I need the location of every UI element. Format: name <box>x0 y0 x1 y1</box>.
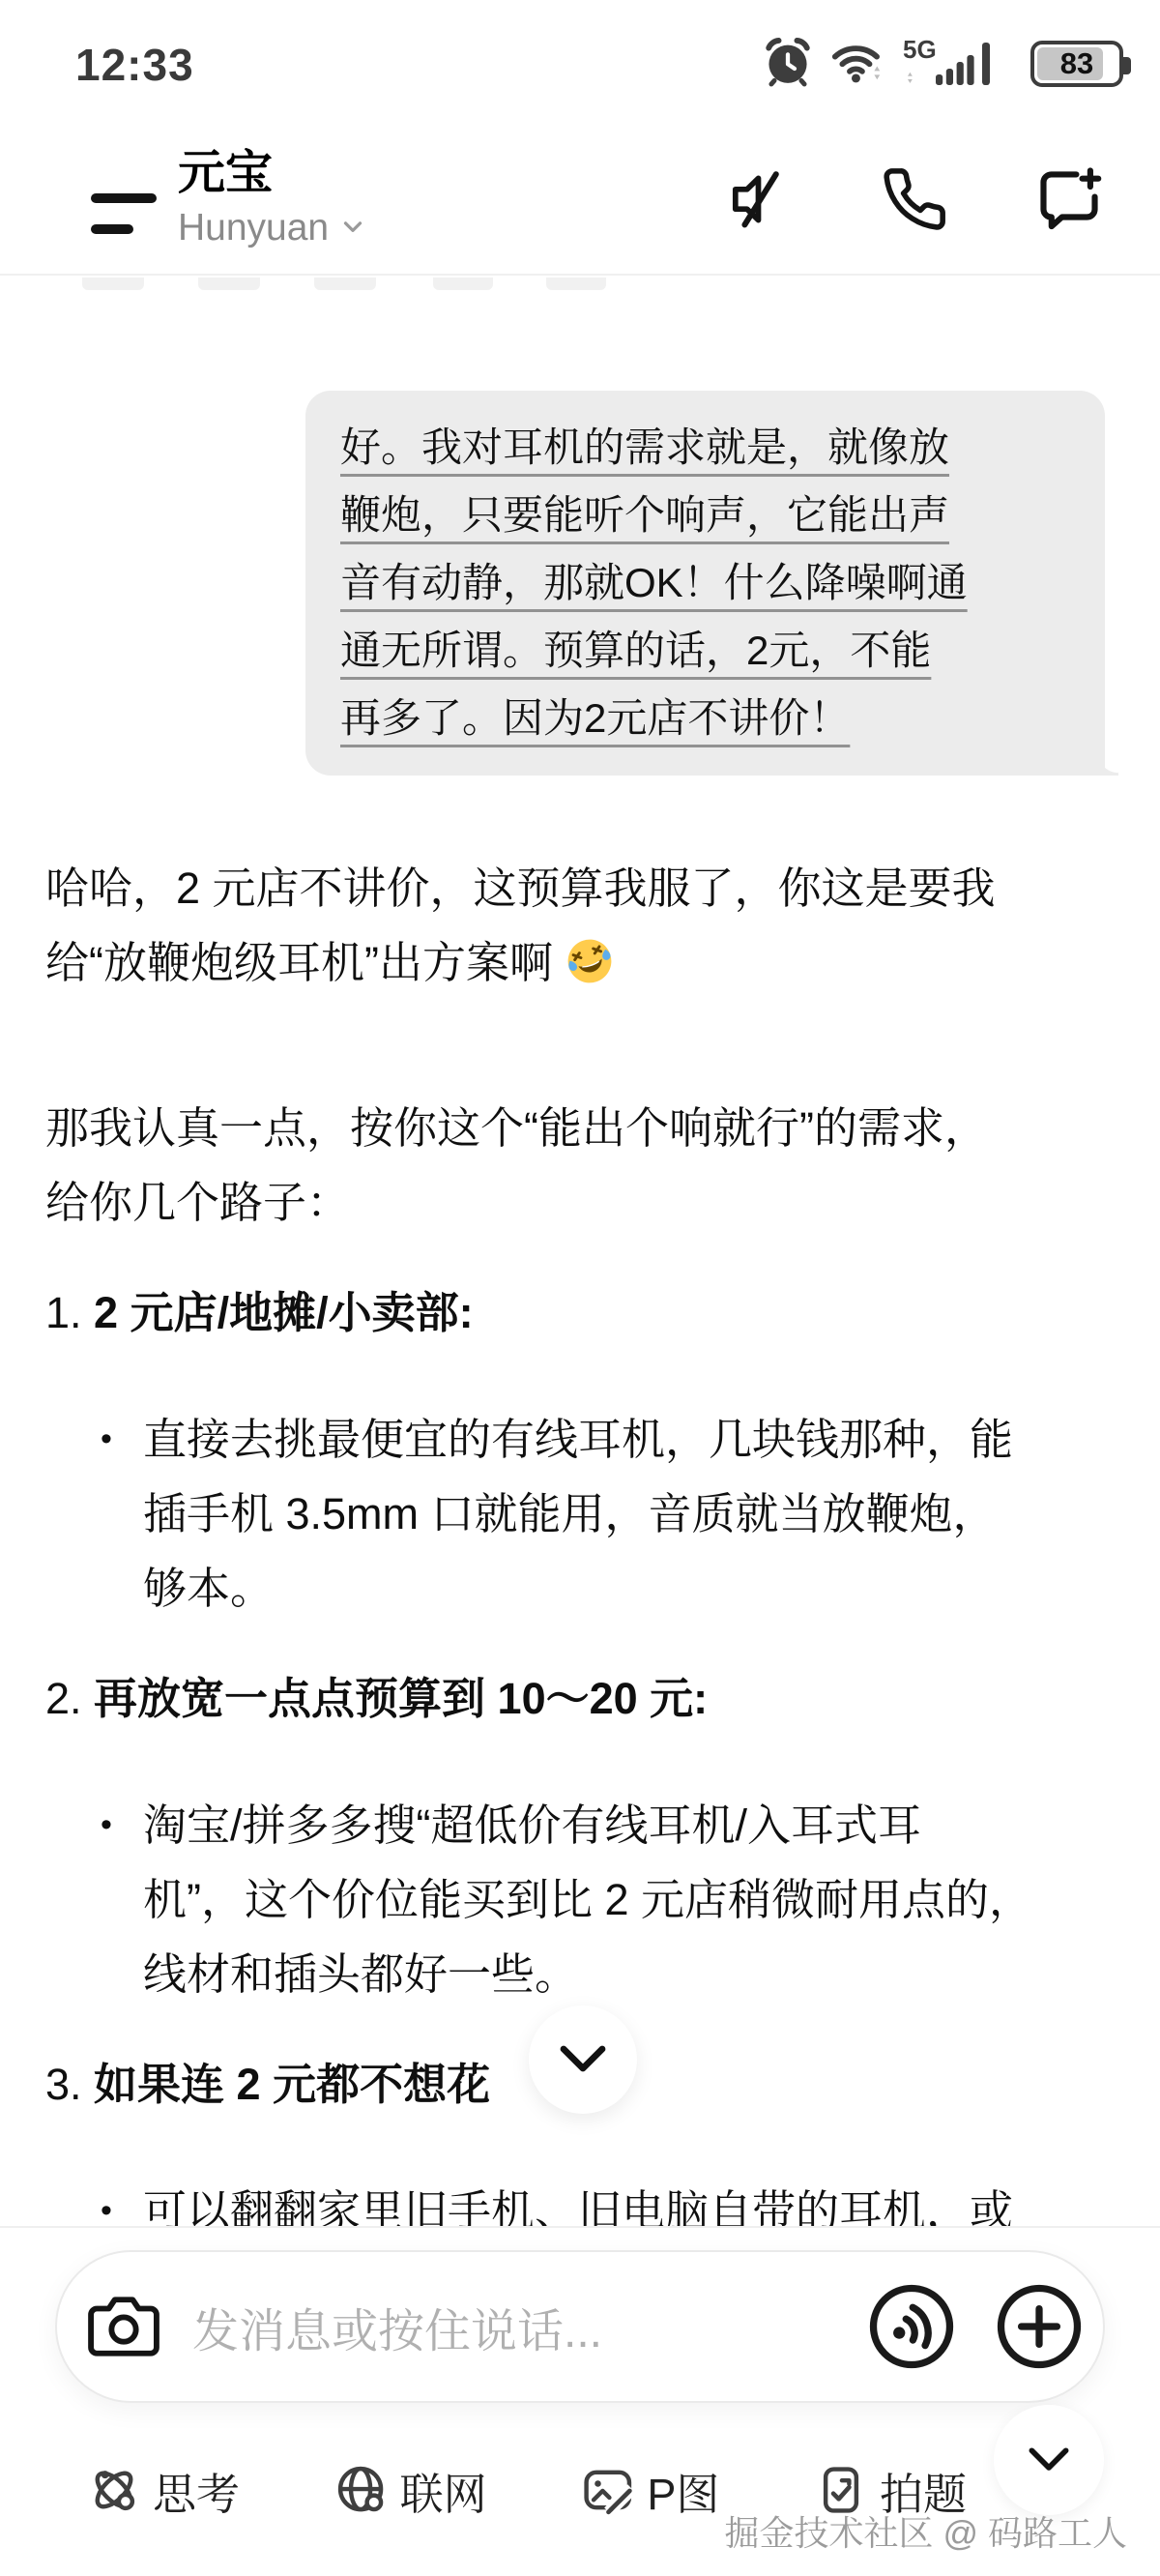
scrolled-content-peek <box>0 278 1160 291</box>
add-button[interactable] <box>995 2282 1084 2371</box>
chevron-down-icon <box>1027 2445 1071 2474</box>
toolbar-label: 思考 <box>153 2459 240 2522</box>
wifi-icon <box>829 36 885 93</box>
rofl-emoji <box>565 934 615 1009</box>
toolbar-item-web[interactable]: 联网 <box>334 2459 487 2522</box>
bullet-item: • 直接去挑最便宜的有线耳机，几块钱那种，能 插手机 3.5mm 口就能用，音质… <box>45 1402 1123 1625</box>
bullet-marker: • <box>101 1402 112 1477</box>
voice-wave-icon <box>867 2282 956 2371</box>
menu-button[interactable] <box>91 193 160 236</box>
message-line: 音有动静，那就OK！什么降噪啊通 <box>340 549 1070 617</box>
battery-nub <box>1123 57 1131 74</box>
message-line: 再多了。因为2元店不讲价！ <box>340 685 1070 752</box>
ai-paragraph: 哈哈，2 元店不讲价，这预算我服了，你这是要我 给“放鞭炮级耳机”出方案啊 <box>45 851 1123 1009</box>
model-selector[interactable]: Hunyuan <box>178 207 367 249</box>
page-title: 元宝 <box>178 145 367 201</box>
signal-icon: 5G <box>901 35 1015 94</box>
bottom-panel: 发消息或按住说话... <box>0 2226 1160 2576</box>
section-heading: 1. 2 元店/地摊/小卖部: <box>45 1275 1123 1350</box>
new-chat-button[interactable] <box>1032 162 1106 236</box>
alarm-icon <box>762 36 814 93</box>
header-divider <box>0 274 1160 276</box>
status-bar: 12:33 5G <box>0 25 1160 99</box>
chevron-down-icon <box>558 2043 608 2076</box>
clock-time: 12:33 <box>75 39 194 91</box>
toolbar-label: 联网 <box>400 2459 487 2522</box>
new-chat-icon <box>1033 163 1105 235</box>
battery-percent: 83 <box>1034 44 1119 83</box>
message-input-bar[interactable]: 发消息或按住说话... <box>55 2250 1105 2403</box>
header-actions <box>723 162 1106 236</box>
phone-icon <box>881 165 948 233</box>
chevron-down-icon <box>338 212 367 246</box>
user-message-bubble[interactable]: 好。我对耳机的需求就是，就像放 鞭炮，只要能听个响声，它能出声 音有动静，那就O… <box>305 391 1105 776</box>
camera-icon <box>88 2291 159 2362</box>
image-edit-icon <box>581 2463 635 2517</box>
status-icons: 5G 83 <box>762 35 1123 93</box>
message-line: 通无所谓。预算的话，2元，不能 <box>340 617 1070 685</box>
battery-indicator: 83 <box>1030 41 1123 87</box>
model-name: Hunyuan <box>178 207 329 249</box>
svg-text:5G: 5G <box>903 35 937 64</box>
voice-mute-button[interactable] <box>723 162 797 236</box>
scroll-to-bottom-button[interactable] <box>529 2005 637 2114</box>
hamburger-icon <box>91 193 157 203</box>
plus-icon <box>995 2282 1084 2371</box>
watermark: 掘金技术社区 @ 码路工人 <box>724 2506 1127 2556</box>
toolbar-item-photo-edit[interactable]: P图 <box>581 2459 719 2522</box>
think-atom-icon <box>87 2463 141 2517</box>
ai-paragraph: 那我认真一点，按你这个“能出个响就行”的需求， 给你几个路子： <box>45 1091 1123 1240</box>
voice-wave-button[interactable] <box>867 2282 956 2371</box>
toolbar-label: P图 <box>647 2459 719 2522</box>
collapse-toolbar-button[interactable] <box>994 2405 1104 2515</box>
section-heading: 2. 再放宽一点点预算到 10～20 元: <box>45 1661 1123 1736</box>
title-area: 元宝 Hunyuan <box>178 145 367 249</box>
header: 元宝 Hunyuan <box>0 143 1160 273</box>
speaker-off-icon <box>725 164 795 234</box>
toolbar-item-think[interactable]: 思考 <box>87 2459 240 2522</box>
message-input-placeholder[interactable]: 发消息或按住说话... <box>192 2294 867 2360</box>
bullet-item: • 淘宝/拼多多搜“超低价有线耳机/入耳式耳 机”，这个价位能买到比 2 元店稍… <box>45 1788 1123 2011</box>
bullet-marker: • <box>101 1788 112 1862</box>
call-button[interactable] <box>878 162 951 236</box>
message-line: 鞭炮，只要能听个响声，它能出声 <box>340 482 1070 549</box>
message-line: 好。我对耳机的需求就是，就像放 <box>340 414 1070 482</box>
globe-icon <box>334 2463 389 2517</box>
camera-button[interactable] <box>88 2291 159 2362</box>
